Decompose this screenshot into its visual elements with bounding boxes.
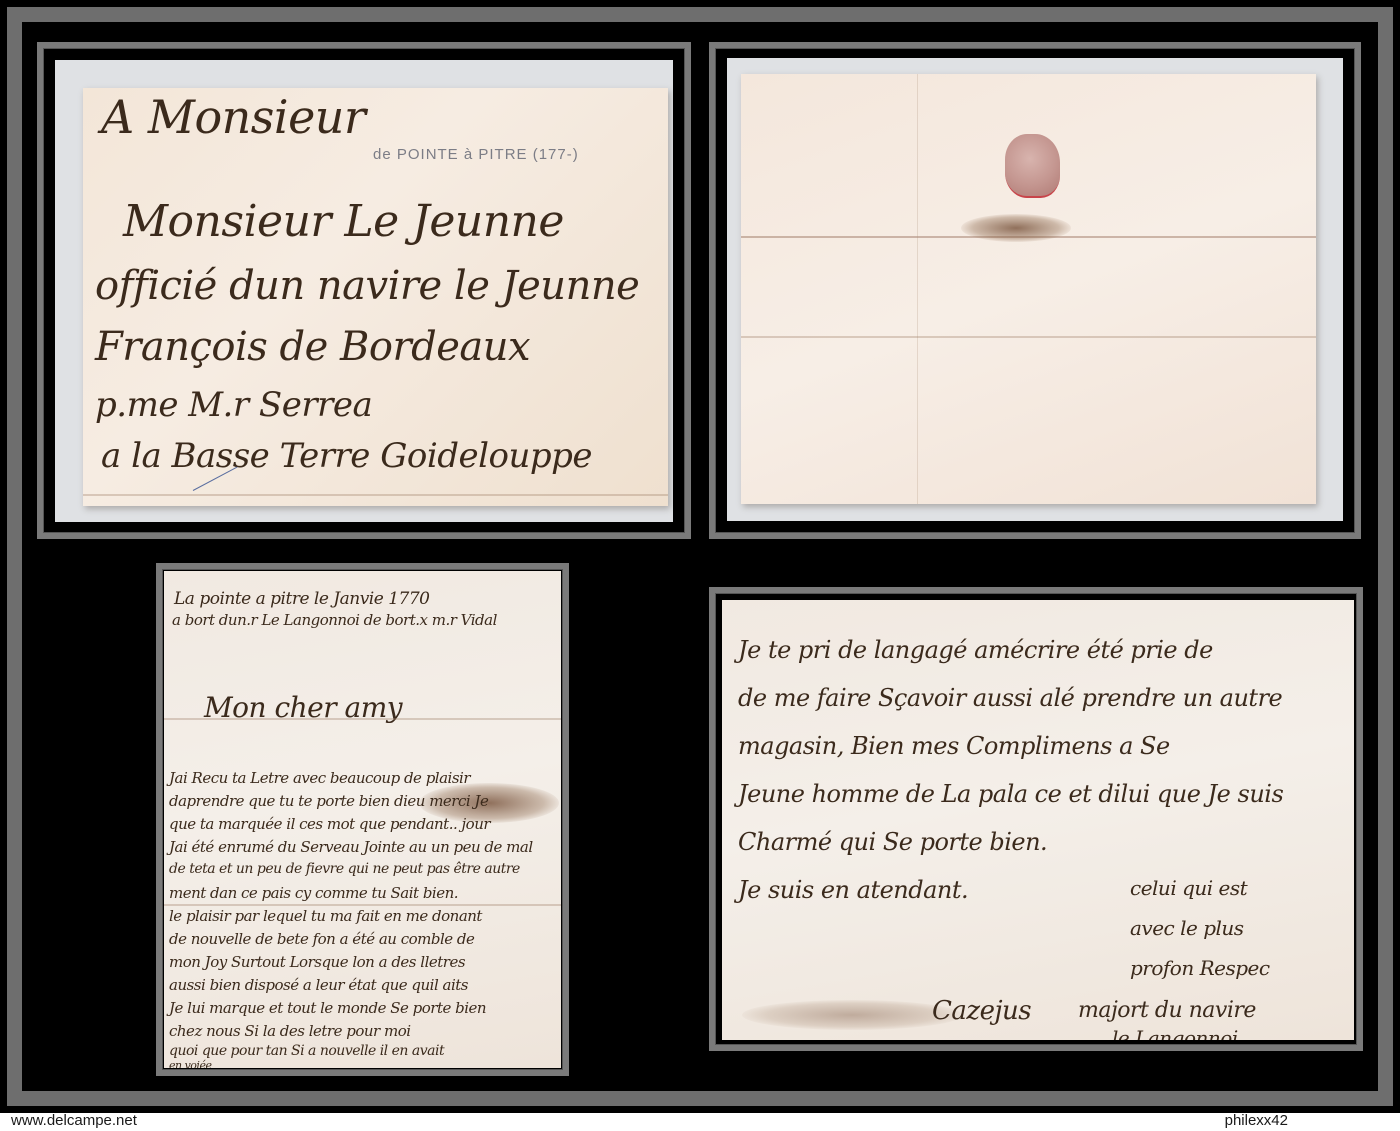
page1-body-line: Jai été enrumé du Serveau Jointe au un p… (169, 838, 533, 856)
watermark-seller-name[interactable]: philexx42 (1225, 1112, 1288, 1129)
address-line-2: Monsieur Le Jeunne (123, 196, 564, 247)
page2-body-line: Je te pri de langagé amécrire été prie d… (738, 636, 1213, 664)
page1-body-line: que ta marquée il ces mot que pendant.. … (169, 815, 490, 833)
fold-line (164, 904, 561, 906)
ink-stain (742, 1000, 962, 1030)
fold-line (917, 74, 918, 504)
fold-line (83, 494, 668, 496)
wax-seal-icon (1005, 134, 1060, 198)
pencil-annotation: de POINTE à PITRE (177-) (373, 146, 579, 163)
letter-back-paper (741, 74, 1316, 504)
page2-closing-line: avec le plus (1130, 916, 1244, 940)
page1-body-line: de teta et un peu de fievre qui ne peut … (169, 861, 520, 877)
page1-header-line-2: a bort dun.r Le Langonnoi de bort.x m.r … (172, 611, 497, 629)
watermark-site-link[interactable]: www.delcampe.net (11, 1112, 137, 1129)
letter-page1-paper: La pointe a pitre le Janvie 1770 a bort … (164, 571, 561, 1068)
page2-closing-line: celui qui est (1130, 876, 1247, 900)
page2-body-line: Charmé qui Se porte bien. (738, 828, 1047, 856)
panel-page2-photo[interactable]: Je te pri de langagé amécrire été prie d… (722, 600, 1354, 1040)
address-line-3: officié dun navire le Jeunne (95, 263, 639, 309)
page1-body-line: aussi bien disposé a leur état que quil … (169, 976, 468, 994)
page2-body-line: de me faire Sçavoir aussi alé prendre un… (738, 684, 1282, 712)
seal-stain (961, 214, 1071, 242)
page2-body-line: magasin, Bien mes Complimens a Se (738, 732, 1170, 760)
address-line-1: A Monsieur (101, 90, 365, 144)
address-line-6: a la Basse Terre Goidelouppe (101, 436, 592, 476)
panel-page1-photo[interactable]: La pointe a pitre le Janvie 1770 a bort … (164, 571, 561, 1068)
letter-page2-paper: Je te pri de langagé amécrire été prie d… (722, 600, 1354, 1040)
page1-body-line: en voiée (169, 1059, 211, 1068)
page1-body-line: quoi que pour tan Si a nouvelle il en av… (169, 1043, 444, 1059)
page1-body-line: Jai Recu ta Letre avec beaucoup de plais… (169, 769, 470, 787)
page2-signature-title: majort du navire (1078, 998, 1256, 1023)
page1-body-line: chez nous Si la des letre pour moi (169, 1022, 411, 1040)
page1-body-line: mon Joy Surtout Lorsque lon a des lletre… (169, 953, 465, 971)
fold-line (741, 336, 1316, 338)
panel-back-photo[interactable] (727, 58, 1343, 521)
panel-front-photo[interactable]: A Monsieur de POINTE à PITRE (177-) Mons… (55, 60, 673, 522)
letter-front-paper: A Monsieur de POINTE à PITRE (177-) Mons… (83, 88, 668, 506)
page2-signature: Cazejus (932, 996, 1031, 1026)
page1-body-line: de nouvelle de bete fon a été au comble … (169, 930, 474, 948)
page1-body-line: daprendre que tu te porte bien dieu merc… (169, 792, 488, 810)
page2-body-line: Je suis en atendant. (738, 876, 968, 904)
page1-body-line: le plaisir par lequel tu ma fait en me d… (169, 907, 482, 925)
page2-body-line: Jeune homme de La pala ce et dilui que J… (738, 780, 1283, 808)
image-frame-outer: A Monsieur de POINTE à PITRE (177-) Mons… (0, 0, 1400, 1113)
address-line-5: p.me M.r Serrea (95, 385, 372, 425)
fold-line (164, 718, 561, 720)
page2-signature-title: le Langonnoi (1112, 1026, 1238, 1040)
page1-body-line: Je lui marque et tout le monde Se porte … (169, 999, 486, 1017)
address-line-4: François de Bordeaux (95, 324, 530, 370)
page2-closing-line: profon Respec (1130, 956, 1270, 980)
page1-header-line-1: La pointe a pitre le Janvie 1770 (174, 589, 429, 609)
page1-body-line: ment dan ce pais cy comme tu Sait bien. (169, 884, 458, 902)
